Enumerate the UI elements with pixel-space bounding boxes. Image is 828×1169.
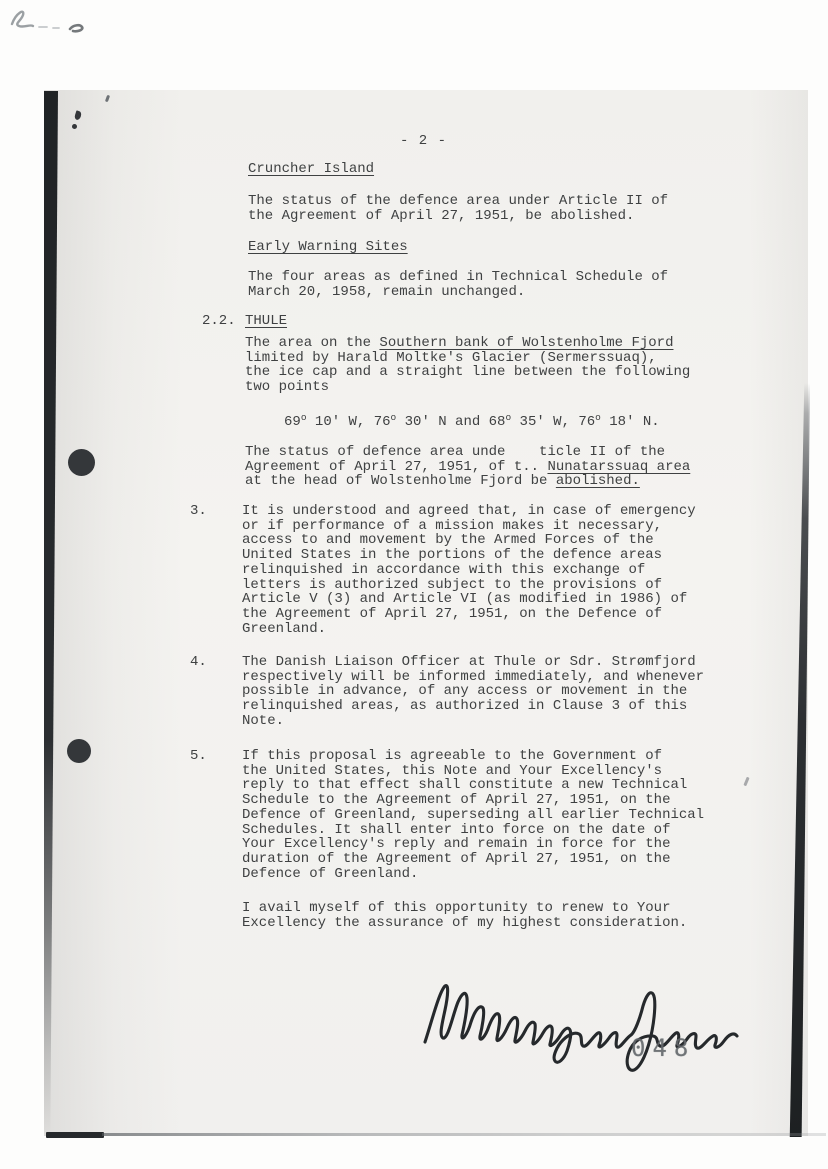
text-line: The four areas as defined in Technical S…: [248, 270, 668, 285]
text-line: possible in advance, of any access or mo…: [242, 684, 704, 699]
text-line: Greenland.: [242, 622, 696, 637]
text-segment: at the head of Wolstenholme Fjord be: [245, 473, 556, 489]
text-line: Schedule to the Agreement of April 27, 1…: [242, 793, 704, 808]
text-line: limited by Harald Moltke's Glacier (Serm…: [245, 351, 690, 366]
punch-hole: [67, 739, 91, 763]
text-segment: Agreement of April 27, 1951, of t..: [245, 459, 547, 475]
text-line: United States in the portions of the def…: [242, 548, 696, 563]
coord-value: 30' N and 68: [396, 414, 505, 430]
text-line: Agreement of April 27, 1951, of t.. Nuna…: [245, 460, 690, 475]
text-line: 69o 10' W, 76o 30' N and 68o 35' W, 76o …: [284, 411, 660, 430]
clause-5-paragraph: If this proposal is agreeable to the Gov…: [242, 749, 704, 881]
text-segment: The area on the: [245, 335, 379, 351]
heading-thule: THULE: [245, 314, 287, 329]
paragraph-thule-status: The status of defence area unde ticle II…: [245, 445, 690, 489]
text-line: the Agreement of April 27, 1951, on the …: [242, 607, 696, 622]
text-line: The status of the defence area under Art…: [248, 194, 668, 209]
signature-scribble: [422, 978, 748, 1076]
heading-early-warning-sites: Early Warning Sites: [248, 240, 408, 255]
text-line: duration of the Agreement of April 27, 1…: [242, 852, 704, 867]
text-line: Note.: [242, 714, 704, 729]
text-line: Excellency the assurance of my highest c…: [242, 916, 687, 931]
text-line: access to and movement by the Armed Forc…: [242, 533, 696, 548]
text-line: two points: [245, 380, 690, 395]
clause-number: 4.: [190, 655, 207, 670]
text-line: or if performance of a mission makes it …: [242, 519, 696, 534]
clause-3-paragraph: It is understood and agreed that, in cas…: [242, 504, 696, 636]
text-line: the Agreement of April 27, 1951, be abol…: [248, 209, 668, 224]
text-line: respectively will be informed immediatel…: [242, 670, 704, 685]
text-line: the United States, this Note and Your Ex…: [242, 764, 704, 779]
paragraph-early-warning: The four areas as defined in Technical S…: [248, 270, 668, 299]
text-line: the ice cap and a straight line between …: [245, 365, 690, 380]
coord-value: 18' N.: [601, 414, 660, 430]
text-line: reply to that effect shall constitute a …: [242, 778, 704, 793]
paragraph-thule-area: The area on the Southern bank of Wolsten…: [245, 336, 690, 395]
document-page: - 2 - Cruncher Island The status of the …: [44, 90, 808, 1136]
coord-value: 69: [284, 414, 301, 430]
text-line: If this proposal is agreeable to the Gov…: [242, 749, 704, 764]
scan-edge-bottom-bar: [46, 1132, 104, 1138]
text-line: Article V (3) and Article VI (as modifie…: [242, 592, 696, 607]
text-line: at the head of Wolstenholme Fjord be abo…: [245, 474, 690, 489]
text-line: Your Excellency's reply and remain in fo…: [242, 837, 704, 852]
text-line: Defence of Greenland.: [242, 867, 704, 882]
clause-number: 5.: [190, 749, 207, 764]
text-line: relinquished in accordance with this exc…: [242, 563, 696, 578]
page-number: - 2 -: [400, 134, 447, 149]
text-line: letters is authorized subject to the pro…: [242, 578, 696, 593]
underlined-text: abolished.: [556, 473, 640, 489]
text-line: The area on the Southern bank of Wolsten…: [245, 336, 690, 351]
coord-value: 35' W, 76: [511, 414, 595, 430]
clause-4-paragraph: The Danish Liaison Officer at Thule or S…: [242, 655, 704, 729]
pen-scribble-icon: [6, 6, 116, 38]
coord-value: 10' W, 76: [307, 414, 391, 430]
text-line: The Danish Liaison Officer at Thule or S…: [242, 655, 704, 670]
scan-edge-bottom-line: [102, 1133, 826, 1136]
text-line: I avail myself of this opportunity to re…: [242, 901, 687, 916]
heading-cruncher-island: Cruncher Island: [248, 162, 374, 177]
punch-hole: [68, 449, 95, 476]
section-number: 2.2.: [202, 314, 236, 329]
closing-paragraph: I avail myself of this opportunity to re…: [242, 901, 687, 930]
underlined-text: Southern bank of Wolstenholme Fjord: [379, 335, 673, 351]
text-line: It is understood and agreed that, in cas…: [242, 504, 696, 519]
clause-number: 3.: [190, 504, 207, 519]
text-line: relinquished areas, as authorized in Cla…: [242, 699, 704, 714]
text-line: The status of defence area unde ticle II…: [245, 445, 690, 460]
underlined-text: Nunatarssuaq area: [547, 459, 690, 475]
text-line: Defence of Greenland, superseding all ea…: [242, 808, 704, 823]
paragraph-cruncher-island: The status of the defence area under Art…: [248, 194, 668, 223]
text-line: Schedules. It shall enter into force on …: [242, 823, 704, 838]
ink-mark: [72, 124, 77, 129]
text-line: March 20, 1958, remain unchanged.: [248, 285, 668, 300]
scanned-document: - 2 - Cruncher Island The status of the …: [0, 0, 828, 1169]
coordinates-line: 69o 10' W, 76o 30' N and 68o 35' W, 76o …: [284, 411, 660, 430]
stamp-number: 048: [631, 1034, 695, 1062]
